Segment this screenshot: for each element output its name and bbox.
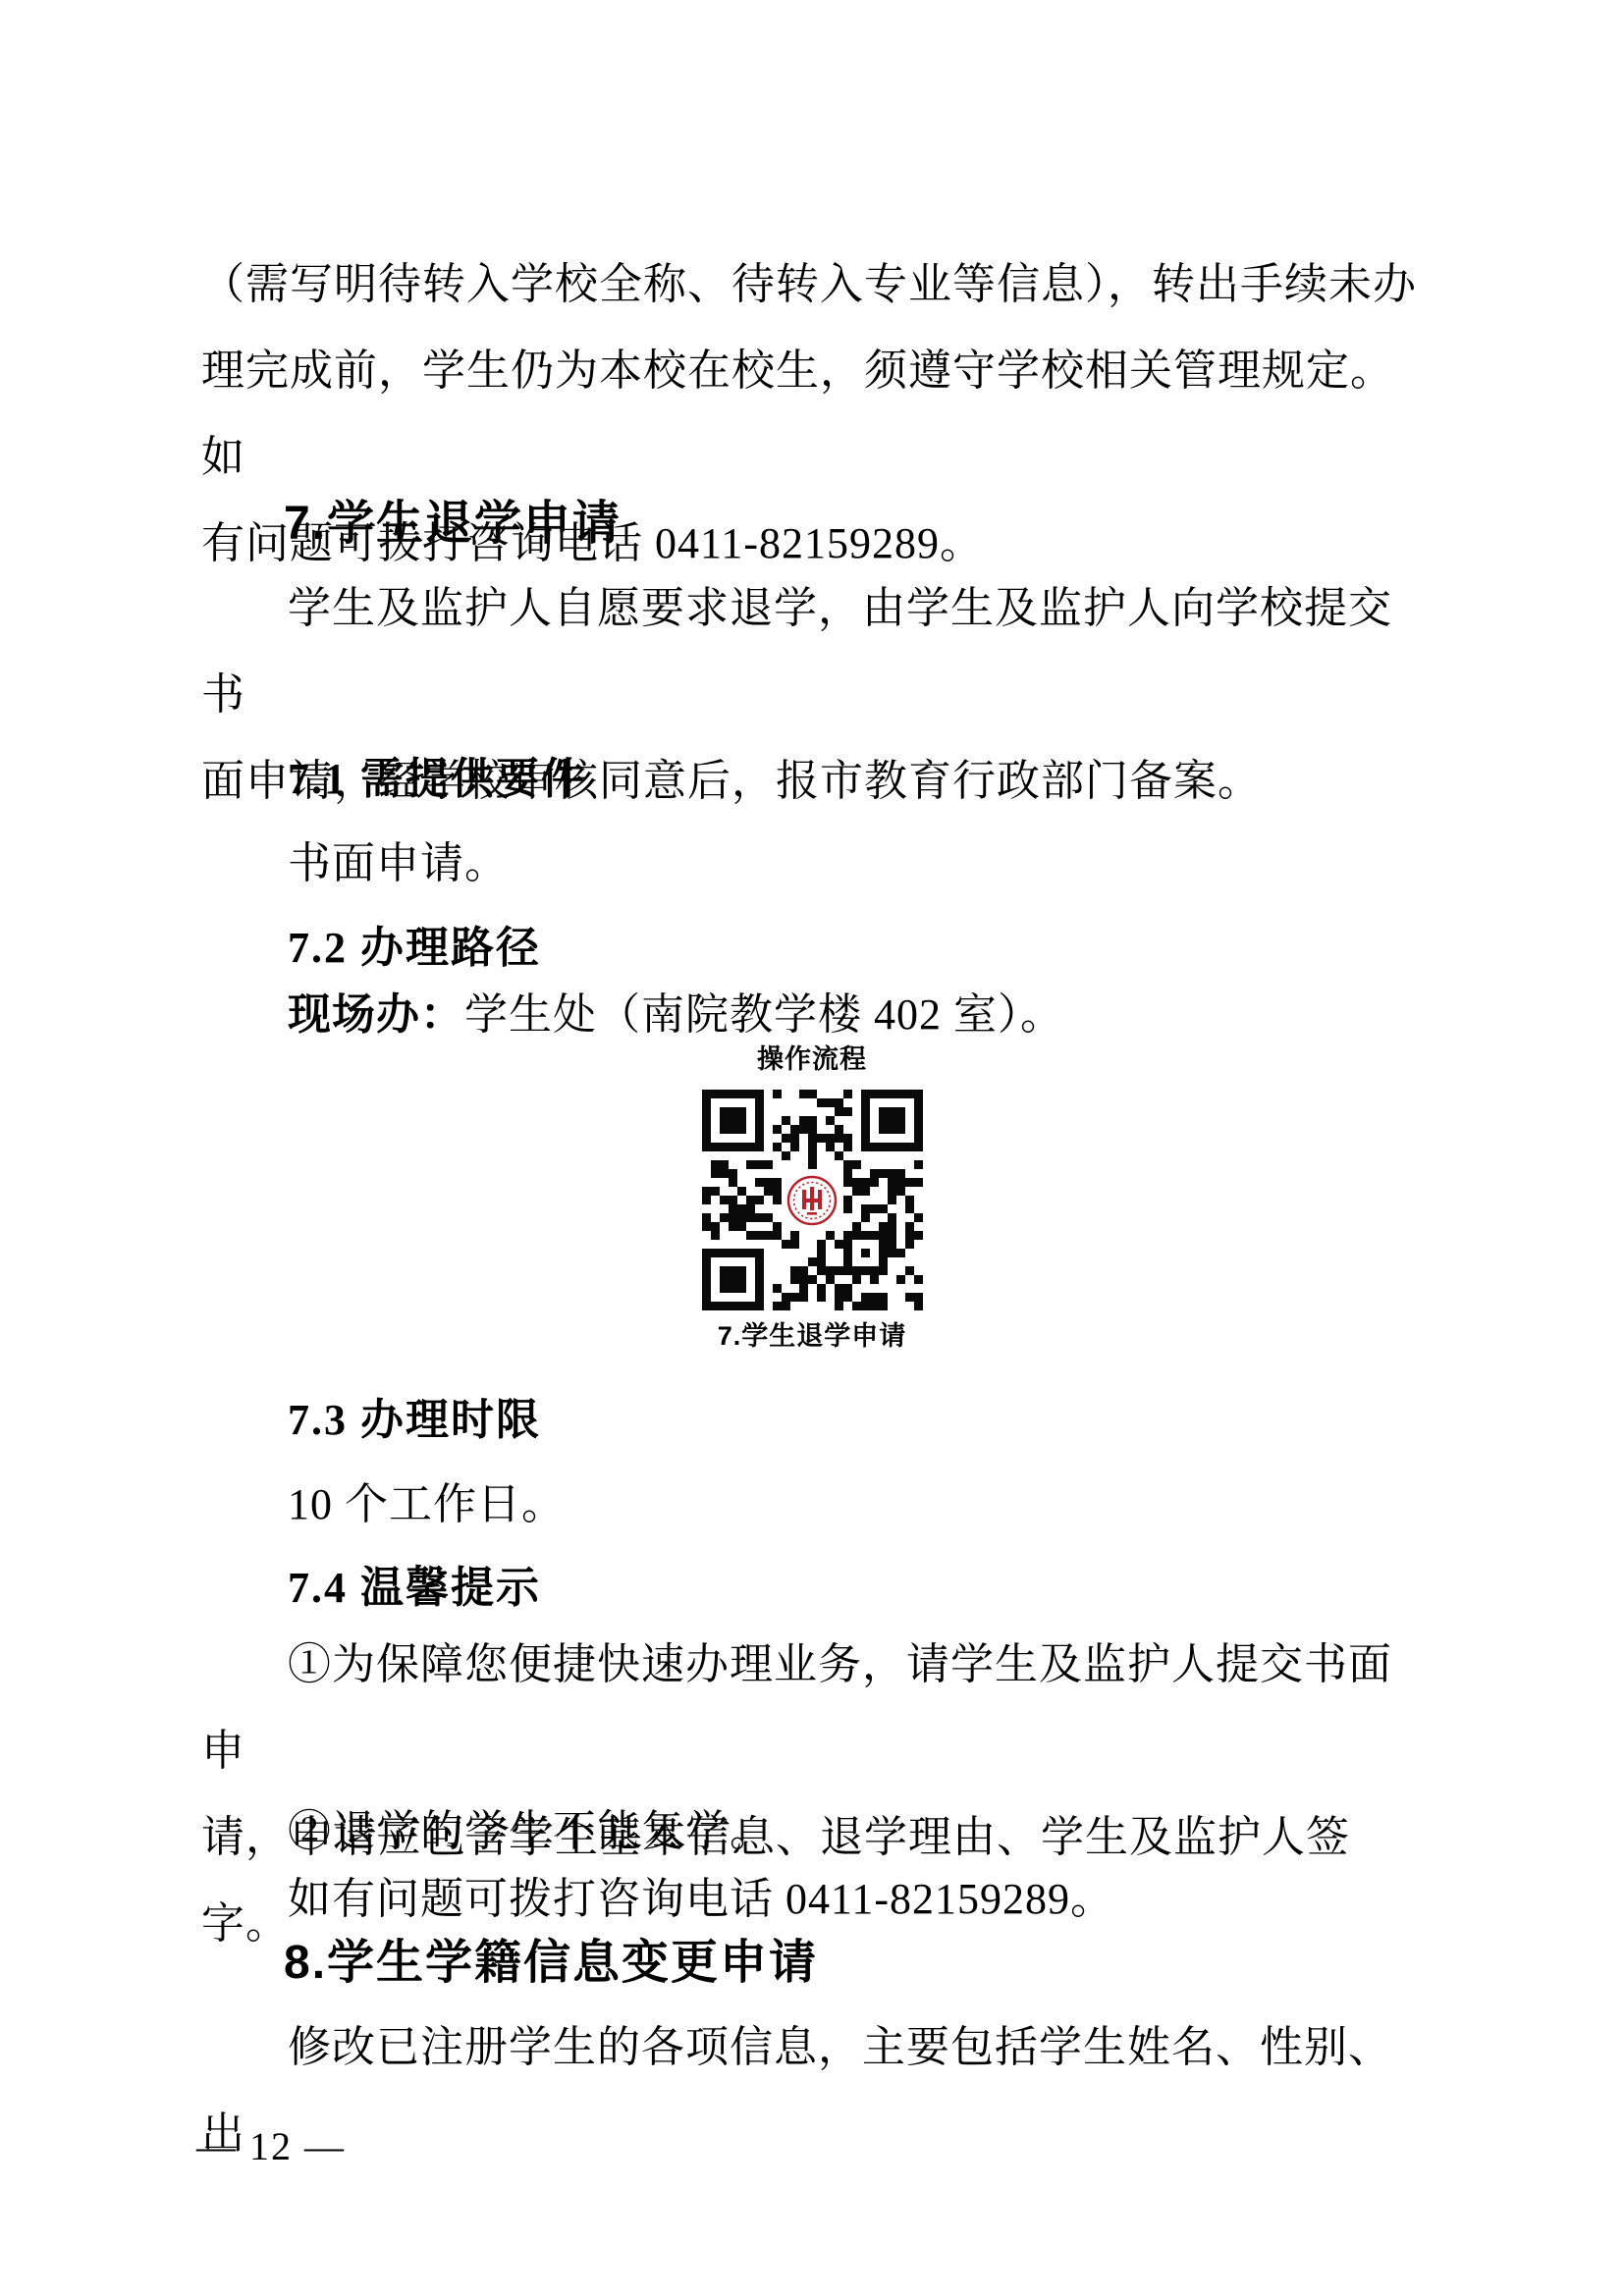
qr-code-image [702,1090,923,1310]
channel-location: 学生处（南院教学楼 402 室）。 [464,990,1064,1039]
document-page: （需写明待转入学校全称、待转入专业等信息），转出手续未办 理完成前，学生仍为本校… [0,0,1624,2296]
subheading-7-4: 7.4 温馨提示 [201,1545,1435,1631]
qr-top-label: 操作流程 [0,1042,1624,1076]
paragraph-7-1: 书面申请。 [201,821,1435,907]
subheading-7-3: 7.3 办理时限 [201,1377,1435,1464]
heading-section-8: 8.学生学籍信息变更申请 [201,1920,1435,2006]
page-number: — 12 — [196,2122,346,2171]
qr-figure: 操作流程 7.学生退学申请 [0,1042,1624,1353]
channel-label: 现场办： [288,990,464,1039]
subheading-7-1: 7.1 需提供要件 [201,736,1435,823]
paragraph-section-8-intro: 修改已注册学生的各项信息，主要包括学生姓名、性别、出 [201,2004,1435,2177]
qr-caption: 7.学生退学申请 [0,1319,1624,1353]
university-seal-icon [786,1175,838,1226]
paragraph-7-3: 10 个工作日。 [201,1462,1435,1548]
heading-section-7: 7.学生退学申请 [201,481,1435,567]
